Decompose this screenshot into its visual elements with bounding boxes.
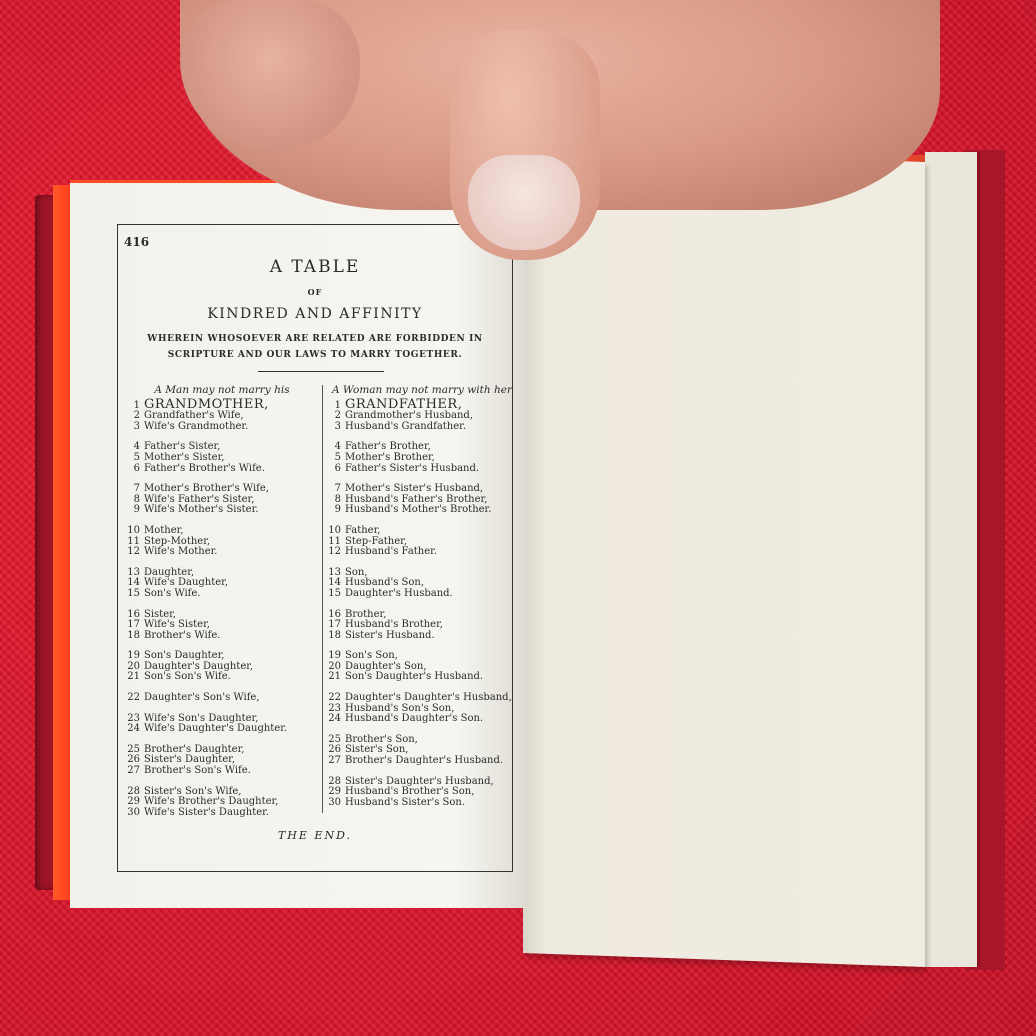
entry-text: Grandfather's Wife,: [144, 410, 244, 421]
table-row: 24Wife's Daughter's Daughter.: [126, 724, 318, 735]
table-row: 27Brother's Son's Wife.: [126, 766, 318, 777]
entry-text: Step-Mother,: [144, 536, 210, 547]
entry-text: Husband's Son's Son,: [345, 703, 454, 714]
entry-text: Mother's Brother,: [345, 452, 435, 463]
entry-text: Wife's Daughter's Daughter.: [144, 723, 287, 734]
title-of: OF: [118, 287, 512, 297]
title-rule: [258, 371, 384, 372]
entry-text: Daughter's Daughter,: [144, 661, 253, 672]
man-column: A Man may not marry his 1GRANDMOTHER,2Gr…: [126, 385, 318, 828]
entry-number: 9: [327, 505, 341, 516]
entry-number: 18: [327, 631, 341, 642]
entry-text: Husband's Father's Brother,: [345, 494, 487, 505]
entry-text: Wife's Daughter,: [144, 577, 228, 588]
entry-text: Sister's Husband.: [345, 630, 435, 641]
entry-text: Sister's Son,: [345, 744, 408, 755]
table-row: 15Daughter's Husband.: [327, 589, 517, 600]
entry-text: Daughter's Husband.: [345, 588, 453, 599]
table-row: 9Wife's Mother's Sister.: [126, 505, 318, 516]
entry-number: 5: [327, 453, 341, 464]
entry-group: 25Brother's Daughter,26Sister's Daughter…: [126, 745, 318, 777]
entry-group: 7Mother's Brother's Wife,8Wife's Father'…: [126, 484, 318, 516]
page-title: A TABLE: [118, 257, 512, 277]
entry-text: Son's Son,: [345, 650, 398, 661]
entry-text: Wife's Sister,: [144, 619, 210, 630]
entry-text: Brother's Daughter,: [144, 744, 244, 755]
table-row: 27Brother's Daughter's Husband.: [327, 756, 517, 767]
entry-number: 12: [327, 547, 341, 558]
entry-number: 24: [126, 724, 140, 735]
entry-number: 3: [327, 422, 341, 433]
entry-number: 6: [327, 464, 341, 475]
page-number: 416: [124, 235, 149, 249]
entry-text: Step-Father,: [345, 536, 407, 547]
table-row: 21Son's Son's Wife.: [126, 672, 318, 683]
woman-column-heading: A Woman may not marry with her: [327, 385, 517, 396]
entry-number: 10: [327, 526, 341, 537]
entry-number: 30: [327, 798, 341, 809]
page-stack-right: [925, 152, 980, 967]
entry-text: Brother,: [345, 609, 386, 620]
table-row: 9Husband's Mother's Brother.: [327, 505, 517, 516]
entry-text: Brother's Wife.: [144, 630, 220, 641]
entry-text: Husband's Sister's Son.: [345, 797, 465, 808]
entry-group: 28Sister's Daughter's Husband,29Husband'…: [327, 777, 517, 809]
entry-number: 12: [126, 547, 140, 558]
entry-number: 21: [327, 672, 341, 683]
entry-text: Sister's Daughter,: [144, 754, 235, 765]
entry-text: Brother's Daughter's Husband.: [345, 755, 503, 766]
finger: [180, 0, 360, 150]
entry-text: Daughter,: [144, 567, 194, 578]
page-subtitle: KINDRED AND AFFINITY: [118, 306, 512, 322]
entry-group: 23Wife's Son's Daughter,24Wife's Daughte…: [126, 714, 318, 735]
entry-group: 1GRANDFATHER,2Grandmother's Husband,3Hus…: [327, 400, 517, 433]
entry-group: 10Father,11Step-Father,12Husband's Fathe…: [327, 526, 517, 558]
table-row: 12Husband's Father.: [327, 547, 517, 558]
entry-text: Mother's Sister's Husband,: [345, 483, 483, 494]
entry-number: 27: [126, 766, 140, 777]
thumb: [450, 30, 600, 260]
entry-text: Sister,: [144, 609, 176, 620]
entry-group: 22Daughter's Daughter's Husband,23Husban…: [327, 693, 517, 725]
page-description: WHEREIN WHOSOEVER ARE RELATED ARE FORBID…: [138, 331, 492, 363]
entry-group: 25Brother's Son,26Sister's Son,27Brother…: [327, 735, 517, 767]
entry-group: 10Mother,11Step-Mother,12Wife's Mother.: [126, 526, 318, 558]
entry-text: Husband's Father.: [345, 546, 437, 557]
entry-text: Wife's Sister's Daughter.: [144, 807, 269, 818]
entry-text: Wife's Mother's Sister.: [144, 504, 258, 515]
entry-group: 13Son,14Husband's Son,15Daughter's Husba…: [327, 568, 517, 600]
entry-text: Father's Sister,: [144, 441, 220, 452]
entry-text: Son's Daughter,: [144, 650, 224, 661]
entry-text: Sister's Son's Wife,: [144, 786, 241, 797]
entry-text: Father's Brother's Wife.: [144, 463, 265, 474]
entry-text: Daughter's Daughter's Husband,: [345, 692, 512, 703]
entry-text: Wife's Brother's Daughter,: [144, 796, 278, 807]
table-row: 24Husband's Daughter's Son.: [327, 714, 517, 725]
entry-text: Mother's Sister,: [144, 452, 224, 463]
entry-text: Husband's Mother's Brother.: [345, 504, 491, 515]
entry-number: 5: [126, 453, 140, 464]
entry-group: 19Son's Son,20Daughter's Son,21Son's Dau…: [327, 651, 517, 683]
entry-group: 7Mother's Sister's Husband,8Husband's Fa…: [327, 484, 517, 516]
entry-number: 22: [126, 693, 140, 704]
entry-group: 28Sister's Son's Wife,29Wife's Brother's…: [126, 787, 318, 819]
entry-text: Son,: [345, 567, 368, 578]
entry-text: Father's Brother,: [345, 441, 431, 452]
entry-text: Husband's Son,: [345, 577, 424, 588]
entry-group: 19Son's Daughter,20Daughter's Daughter,2…: [126, 651, 318, 683]
entry-text: Mother,: [144, 525, 184, 536]
entry-number: 15: [327, 589, 341, 600]
entry-group: 1GRANDMOTHER,2Grandfather's Wife,3Wife's…: [126, 400, 318, 433]
thumbnail: [468, 155, 580, 250]
man-column-list: 1GRANDMOTHER,2Grandfather's Wife,3Wife's…: [126, 400, 318, 819]
entry-number: 15: [126, 589, 140, 600]
entry-text: Son's Son's Wife.: [144, 671, 231, 682]
woman-column-list: 1GRANDFATHER,2Grandmother's Husband,3Hus…: [327, 400, 517, 809]
table-row: 6Father's Brother's Wife.: [126, 464, 318, 475]
entry-group: 22Daughter's Son's Wife,: [126, 693, 318, 704]
entry-text: Wife's Father's Sister,: [144, 494, 254, 505]
entry-text: Husband's Brother,: [345, 619, 443, 630]
entry-text: Son's Wife.: [144, 588, 200, 599]
blank-right-page: [523, 148, 925, 967]
entry-text: Brother's Son,: [345, 734, 418, 745]
entry-text: Father's Sister's Husband.: [345, 463, 479, 474]
table-row: 6Father's Sister's Husband.: [327, 464, 517, 475]
entry-number: 27: [327, 756, 341, 767]
table-row: 3Wife's Grandmother.: [126, 422, 318, 433]
entry-text: Wife's Mother.: [144, 546, 217, 557]
entry-text: Wife's Grandmother.: [144, 421, 248, 432]
entry-number: 6: [126, 464, 140, 475]
entry-number: 21: [126, 672, 140, 683]
entry-number: 30: [126, 808, 140, 819]
entry-text: Mother's Brother's Wife,: [144, 483, 269, 494]
entry-text: Daughter's Son,: [345, 661, 427, 672]
entry-number: 3: [126, 422, 140, 433]
entry-number: 9: [126, 505, 140, 516]
entry-group: 4Father's Brother,5Mother's Brother,6Fat…: [327, 442, 517, 474]
printed-table: 416 A TABLE OF KINDRED AND AFFINITY WHER…: [117, 224, 513, 872]
table-row: 30Husband's Sister's Son.: [327, 798, 517, 809]
woman-column: A Woman may not marry with her 1GRANDFAT…: [322, 385, 517, 813]
entry-number: 18: [126, 631, 140, 642]
entry-group: 4Father's Sister,5Mother's Sister,6Fathe…: [126, 442, 318, 474]
table-row: 18Brother's Wife.: [126, 631, 318, 642]
table-row: 22Daughter's Son's Wife,: [126, 693, 318, 704]
entry-text: Daughter's Son's Wife,: [144, 692, 260, 703]
entry-text: Sister's Daughter's Husband,: [345, 776, 494, 787]
entry-number: 24: [327, 714, 341, 725]
table-row: 3Husband's Grandfather.: [327, 422, 517, 433]
entry-text: Husband's Grandfather.: [345, 421, 466, 432]
man-column-heading: A Man may not marry his: [126, 385, 318, 396]
table-row: 18Sister's Husband.: [327, 631, 517, 642]
hand: [180, 0, 940, 210]
entry-text: Father,: [345, 525, 380, 536]
entry-text: Husband's Daughter's Son.: [345, 713, 483, 724]
entry-number: 10: [126, 526, 140, 537]
table-row: 21Son's Daughter's Husband.: [327, 672, 517, 683]
entry-text: Brother's Son's Wife.: [144, 765, 251, 776]
entry-group: 16Brother,17Husband's Brother,18Sister's…: [327, 610, 517, 642]
entry-text: Husband's Brother's Son,: [345, 786, 474, 797]
table-row: 12Wife's Mother.: [126, 547, 318, 558]
table-row: 15Son's Wife.: [126, 589, 318, 600]
page-edges-left: [53, 185, 71, 900]
the-end: THE END.: [118, 829, 512, 842]
entry-text: Grandmother's Husband,: [345, 410, 473, 421]
entry-text: Son's Daughter's Husband.: [345, 671, 483, 682]
table-row: 30Wife's Sister's Daughter.: [126, 808, 318, 819]
entry-group: 16Sister,17Wife's Sister,18Brother's Wif…: [126, 610, 318, 642]
entry-group: 13Daughter,14Wife's Daughter,15Son's Wif…: [126, 568, 318, 600]
entry-text: Wife's Son's Daughter,: [144, 713, 258, 724]
